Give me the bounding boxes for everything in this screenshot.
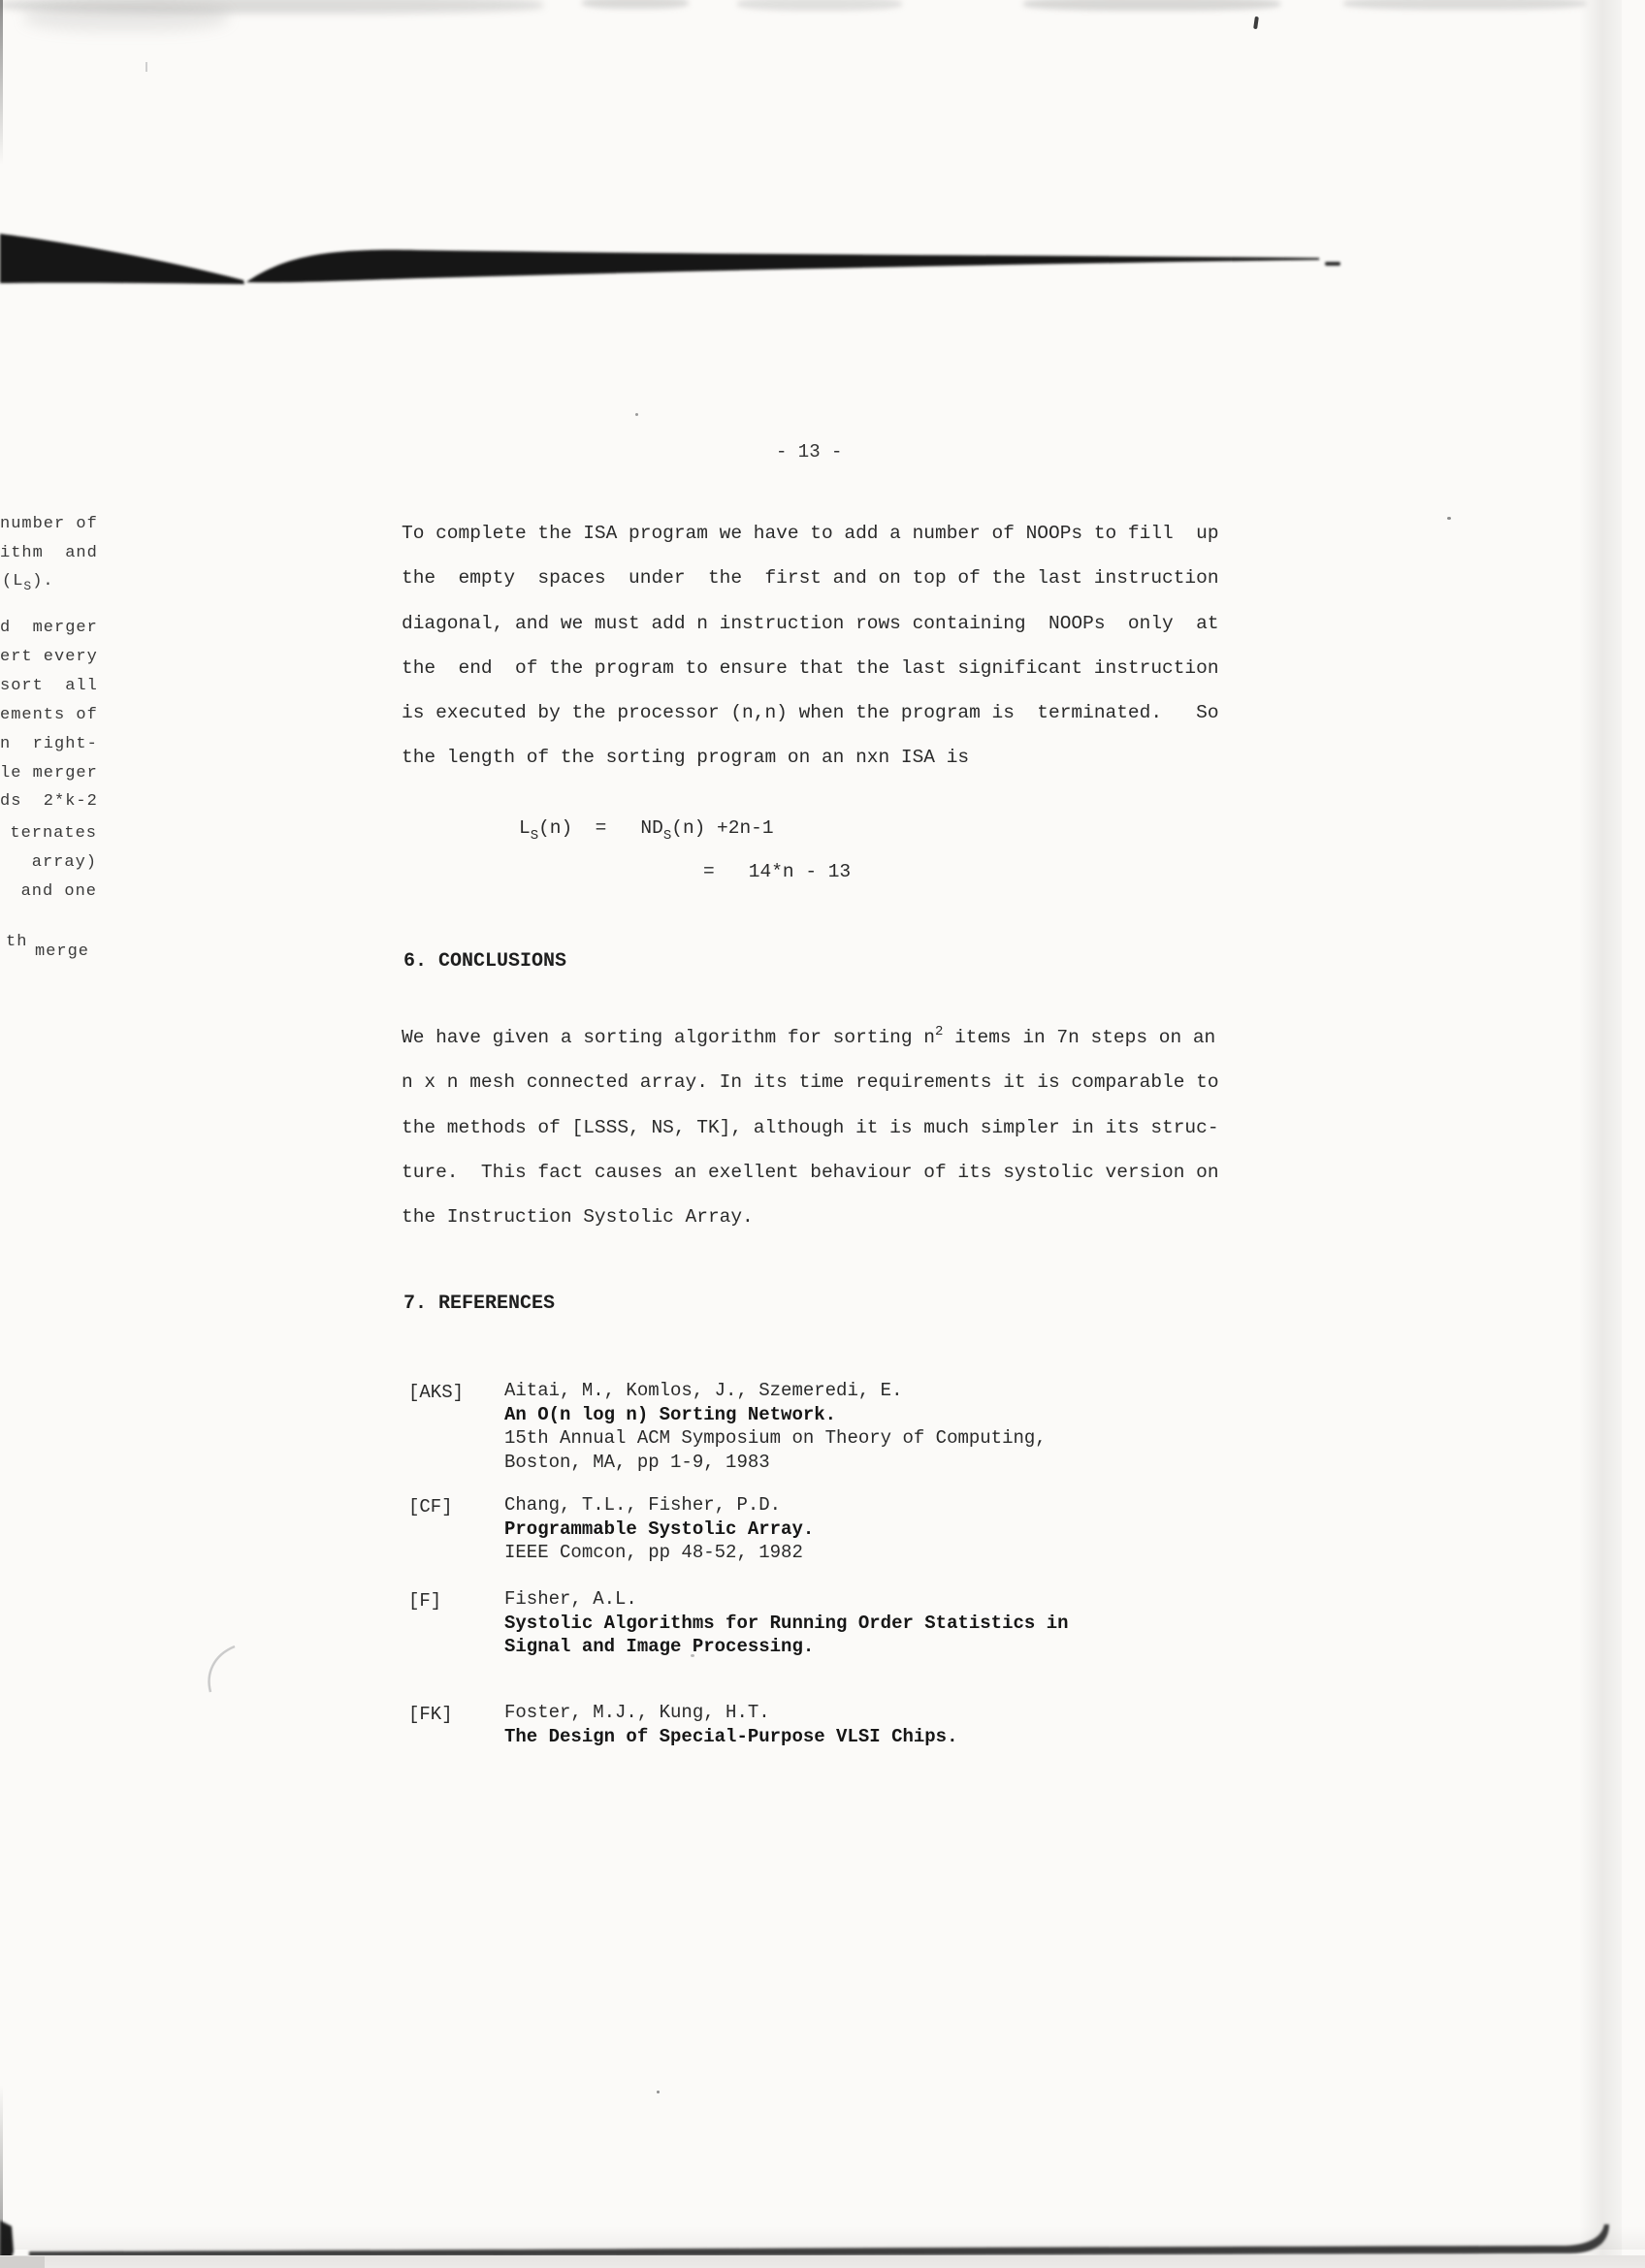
- equation-line-2: = 14*n - 13: [703, 861, 851, 882]
- facing-page-text-fragment: merge: [35, 942, 89, 961]
- scanner-background-strip-left: [0, 2256, 45, 2268]
- text-line: the length of the sorting program on an …: [402, 735, 1219, 780]
- text-line: ture. This fact causes an exellent behav…: [402, 1150, 1219, 1195]
- reference-entry: Chang, T.L., Fisher, P.D. Programmable S…: [504, 1493, 814, 1565]
- dust-speck: [1447, 517, 1451, 520]
- reference-title: Signal and Image Processing.: [504, 1635, 1069, 1659]
- text-line: is executed by the processor (n,n) when …: [402, 690, 1219, 735]
- facing-page-text-fragment: ternates: [0, 824, 97, 843]
- dust-speck: [635, 413, 638, 416]
- equation-symbol: L: [519, 817, 531, 839]
- paragraph-isa-program: To complete the ISA program we have to a…: [402, 511, 1219, 781]
- facing-page-text-fragment: d merger: [0, 619, 97, 637]
- reference-authors: Chang, T.L., Fisher, P.D.: [504, 1493, 814, 1517]
- reference-title: An O(n log n) Sorting Network.: [504, 1403, 1047, 1427]
- facing-page-text-fragment: ithm and: [0, 544, 97, 562]
- equation-text: (n) +2n-1: [671, 817, 773, 839]
- text-segment: We have given a sorting algorithm for so…: [402, 1027, 935, 1048]
- facing-page-text-fragment: number of: [0, 515, 97, 533]
- left-edge-shadow: [0, 0, 3, 165]
- facing-page-text-fragment: (LS).: [2, 572, 54, 593]
- facing-page-text-fragment: and one: [0, 882, 97, 901]
- reference-label: [AKS]: [408, 1382, 464, 1403]
- text-line: diagonal, and we must add n instruction …: [402, 601, 1219, 646]
- text-line: the empty spaces under the first and on …: [402, 556, 1219, 600]
- text-line: To complete the ISA program we have to a…: [402, 511, 1219, 556]
- pencil-arc-mark: [210, 1646, 235, 1692]
- text-line: the end of the program to ensure that th…: [402, 646, 1219, 690]
- facing-page-text-fragment: th: [6, 933, 27, 951]
- reference-venue: 15th Annual ACM Symposium on Theory of C…: [504, 1426, 1047, 1451]
- page-curl-shading: [0, 2226, 1645, 2250]
- fragment-text: ).: [32, 572, 53, 591]
- reference-label: [FK]: [408, 1704, 453, 1725]
- reference-label: [CF]: [408, 1496, 453, 1517]
- facing-page-text-fragment: ds 2*k-2: [0, 792, 97, 811]
- equation-text: (n) = ND: [538, 817, 663, 839]
- scanned-paper-page: number of ithm and (LS). d merger ert ev…: [0, 0, 1645, 2268]
- top-edge-smudge: [737, 0, 902, 11]
- reference-entry: Aitai, M., Komlos, J., Szemeredi, E. An …: [504, 1379, 1047, 1474]
- reference-title: The Design of Special-Purpose VLSI Chips…: [504, 1725, 957, 1749]
- paragraph-conclusions: We have given a sorting algorithm for so…: [402, 1009, 1219, 1239]
- dust-speck: [145, 62, 147, 72]
- dust-speck: [657, 2091, 660, 2093]
- text-line: the Instruction Systolic Array.: [402, 1195, 1219, 1239]
- equation-subscript: S: [663, 828, 671, 844]
- reference-venue: Boston, MA, pp 1-9, 1983: [504, 1451, 1047, 1475]
- equation-subscript: S: [531, 828, 538, 844]
- facing-page-text-fragment: n right-: [0, 735, 97, 753]
- reference-label: [F]: [408, 1590, 441, 1612]
- reference-title: Systolic Algorithms for Running Order St…: [504, 1612, 1069, 1636]
- reference-entry: Foster, M.J., Kung, H.T. The Design of S…: [504, 1701, 957, 1748]
- fragment-text: (L: [2, 572, 23, 591]
- facing-page-text-fragment: ert every: [0, 648, 97, 666]
- scanner-background-strip: [0, 2255, 1645, 2268]
- facing-page-text-fragment: le merger: [0, 764, 97, 783]
- facing-page-text-fragment: sort all: [0, 677, 97, 695]
- equation-line-1: LS(n) = NDS(n) +2n-1: [519, 817, 774, 844]
- facing-page-text-fragment: array): [0, 853, 97, 872]
- text-line: We have given a sorting algorithm for so…: [402, 1009, 1219, 1060]
- text-line: the methods of [LSSS, NS, TK], although …: [402, 1105, 1219, 1150]
- ink-tick-mark: [1253, 16, 1259, 29]
- text-segment: items in 7n steps on an: [943, 1027, 1215, 1048]
- facing-page-text-fragment: ements of: [0, 706, 97, 724]
- text-line: n x n mesh connected array. In its time …: [402, 1060, 1219, 1104]
- reference-title: Programmable Systolic Array.: [504, 1517, 814, 1542]
- top-edge-smudge: [582, 0, 689, 9]
- top-edge-smudge: [1023, 0, 1280, 11]
- reference-authors: Foster, M.J., Kung, H.T.: [504, 1701, 957, 1725]
- reference-authors: Aitai, M., Komlos, J., Szemeredi, E.: [504, 1379, 1047, 1403]
- right-page-edge-shading: [1579, 0, 1622, 2268]
- top-edge-smudge: [1343, 0, 1586, 10]
- section-heading-conclusions: 6. CONCLUSIONS: [403, 950, 566, 973]
- reference-authors: Fisher, A.L.: [504, 1587, 1069, 1612]
- page-number: - 13 -: [776, 441, 842, 463]
- spine-shadow-artifact: [0, 234, 1340, 284]
- section-heading-references: 7. REFERENCES: [403, 1293, 555, 1315]
- top-edge-smudge: [24, 4, 228, 31]
- fragment-subscript: S: [23, 579, 32, 593]
- reference-venue: IEEE Comcon, pp 48-52, 1982: [504, 1541, 814, 1565]
- reference-entry: Fisher, A.L. Systolic Algorithms for Run…: [504, 1587, 1069, 1659]
